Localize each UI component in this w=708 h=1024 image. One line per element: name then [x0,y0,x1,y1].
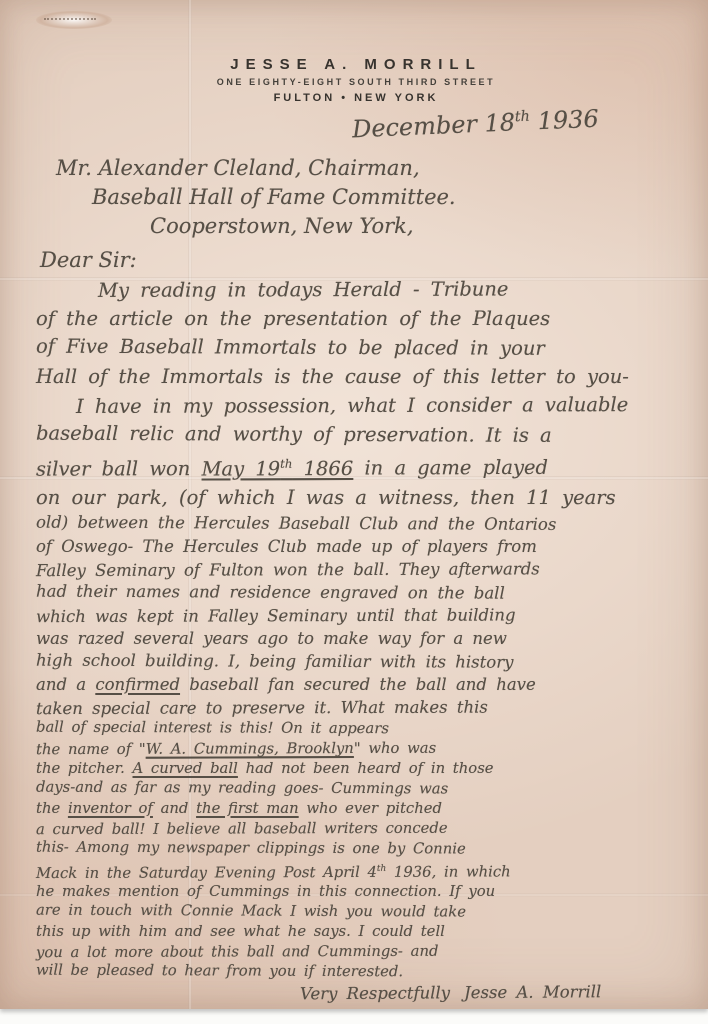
salutation: Dear Sir: [40,247,676,273]
letter-line: days-and as far as my reading goes- Cumm… [36,777,676,800]
letter-content: JESSE A. MORRILL ONE EIGHTY-EIGHT SOUTH … [36,0,676,1003]
letter-line: he makes mention of Cummings in this con… [36,882,676,902]
letter-line: was razed several years ago to make way … [36,627,676,650]
letter-line: silver ball won May 19th 1866 in a game … [36,448,676,484]
signature: Jesse A. Morrill [464,983,601,1003]
letter-line: old) between the Hercules Baseball Club … [36,510,676,536]
letter-line: My reading in todays Herald - Tribune [36,274,676,305]
letter-line: Falley Seminary of Fulton won the ball. … [36,556,676,581]
letter-line: this up with him and see what he says. I… [36,922,676,942]
recipient-address: Mr. Alexander Cleland, Chairman, Basebal… [56,154,676,241]
letter-line: Mack in the Saturday Evening Post April … [36,857,676,883]
letter-line: I have in my possession, what I consider… [36,390,676,421]
letter-line: baseball relic and worthy of preservatio… [36,419,676,451]
letter-line: of the article on the presentation of th… [36,304,676,333]
letter-line: Hall of the Immortals is the cause of th… [36,362,676,391]
letterhead-city: FULTON • NEW YORK [36,90,676,106]
letter-line: will be pleased to hear from you if inte… [36,961,676,984]
letter-line: high school building. I, being familiar … [36,648,676,674]
letter-line: the name of "W. A. Cummings, Brooklyn" w… [36,737,676,759]
letter-paper: JESSE A. MORRILL ONE EIGHTY-EIGHT SOUTH … [0,0,708,1009]
letter-line: a curved ball! I believe all baseball wr… [36,817,676,839]
letter-line: ball of special interest is this! On it … [36,717,676,740]
recipient-line: Cooperstown, New York, [150,212,676,241]
letterhead-street: ONE EIGHTY-EIGHT SOUTH THIRD STREET [36,75,676,90]
letter-line: taken special care to preserve it. What … [36,694,676,719]
letter-line: which was kept in Falley Seminary until … [36,602,676,627]
letter-line: had their names and residence engraved o… [36,579,676,605]
letter-line: are in touch with Connie Mack I wish you… [36,901,676,924]
closing-signature: Very RespectfullyJesse A. Morrill [300,982,676,1005]
letter-line: the inventor of and the first man who ev… [36,799,676,819]
letter-body: My reading in todays Herald - Tribuneof … [36,275,676,982]
letterhead: JESSE A. MORRILL ONE EIGHTY-EIGHT SOUTH … [36,0,676,106]
letter-line: and a confirmed baseball fan secured the… [36,673,676,696]
letter-line: on our park, (of which I was a witness, … [36,483,676,512]
letter-line: the pitcher. A curved ball had not been … [36,759,676,779]
letter-line: of Five Baseball Immortals to be placed … [36,332,676,364]
recipient-line: Baseball Hall of Fame Committee. [92,183,676,212]
letterhead-name: JESSE A. MORRILL [36,55,676,75]
letter-line: this- Among my newspaper clippings is on… [36,837,676,860]
letter-line: of Oswego- The Hercules Club made up of … [36,535,676,558]
valediction: Very Respectfully [300,984,450,1004]
scanned-letter: JESSE A. MORRILL ONE EIGHTY-EIGHT SOUTH … [0,0,708,1024]
recipient-line: Mr. Alexander Cleland, Chairman, [56,154,676,183]
letter-date: December 18th 1936 [352,105,600,144]
